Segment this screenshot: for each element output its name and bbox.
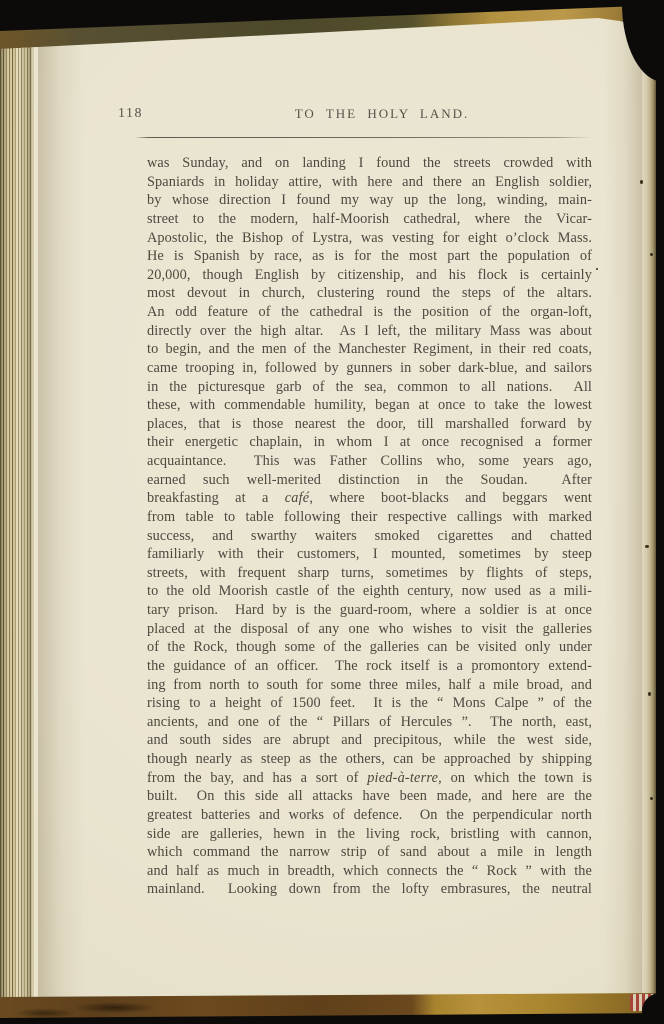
- book-page: 118 TO THE HOLY LAND. was Sunday, and on…: [0, 0, 656, 1002]
- body-line: came trooping in, followed by gunners in…: [147, 359, 592, 378]
- body-line: directly over the high altar. As I left,…: [147, 322, 592, 341]
- gutter-shadow: [38, 0, 84, 1002]
- body-line: places, that is those nearest the door, …: [147, 415, 592, 434]
- body-line: greatest batteries and works of defence.…: [147, 806, 592, 825]
- body-line: from table to table following their resp…: [147, 508, 592, 527]
- body-line: to the old Moorish castle of the eighth …: [147, 582, 592, 601]
- body-line: Apostolic, the Bishop of Lystra, was ves…: [147, 229, 592, 248]
- body-line: these, with commendable humility, began …: [147, 396, 592, 415]
- body-line: by whose direction I found my way up the…: [147, 191, 592, 210]
- body-line: from the bay, and has a sort of pied-à-t…: [147, 769, 592, 788]
- body-line: the guidance of an officer. The rock its…: [147, 657, 592, 676]
- book-photo-backdrop: 118 TO THE HOLY LAND. was Sunday, and on…: [0, 0, 664, 1024]
- page-header: 118 TO THE HOLY LAND.: [118, 104, 592, 124]
- body-line: and south sides are abrupt and precipito…: [147, 731, 592, 750]
- page-content: 118 TO THE HOLY LAND. was Sunday, and on…: [118, 104, 592, 899]
- scan-speck: [650, 253, 653, 256]
- body-line: earned such well-merited distinction in …: [147, 471, 592, 490]
- header-rule: [135, 137, 592, 138]
- body-line: to begin, and the men of the Manchester …: [147, 340, 592, 359]
- body-line: rising to a height of 1500 feet. It is t…: [147, 694, 592, 713]
- body-line: placed at the disposal of any one who wi…: [147, 620, 592, 639]
- body-line: mainland. Looking down from the lofty em…: [147, 880, 592, 899]
- page-fore-edges-left: [0, 0, 38, 1002]
- scan-speck: [596, 268, 598, 270]
- body-line: breakfasting at a café, where boot-black…: [147, 489, 592, 508]
- body-line: An odd feature of the cathedral is the p…: [147, 303, 592, 322]
- body-line: which command the narrow strip of sand a…: [147, 843, 592, 862]
- body-line: ing from north to south for some three m…: [147, 676, 592, 695]
- body-line: 20,000, though English by citizenship, a…: [147, 266, 592, 285]
- body-line: He is Spanish by race, as is for the mos…: [147, 247, 592, 266]
- scan-speck: [640, 180, 643, 184]
- scan-speck: [645, 545, 649, 548]
- body-line: their energetic chaplain, in whom I at o…: [147, 433, 592, 452]
- body-line: familiarly with their customers, I mount…: [147, 545, 592, 564]
- body-line: streets, with frequent sharp turns, some…: [147, 564, 592, 583]
- body-line: of the Rock, though some of the gallerie…: [147, 638, 592, 657]
- body-line: tary prison. Hard by is the guard-room, …: [147, 601, 592, 620]
- body-line: though nearly as steep as the others, ca…: [147, 750, 592, 769]
- body-line: was Sunday, and on landing I found the s…: [147, 154, 592, 173]
- running-title: TO THE HOLY LAND.: [145, 104, 619, 124]
- page-fore-edges-right: [642, 20, 656, 1002]
- body-text: was Sunday, and on landing I found the s…: [147, 154, 592, 899]
- body-line: acquaintance. This was Father Collins wh…: [147, 452, 592, 471]
- body-line: street to the modern, half-Moorish cathe…: [147, 210, 592, 229]
- body-line: and half as much in breadth, which conne…: [147, 862, 592, 881]
- body-line: Spaniards in holiday attire, with here a…: [147, 173, 592, 192]
- folio-number: 118: [118, 104, 143, 124]
- body-line: most devout in church, clustering round …: [147, 284, 592, 303]
- body-line: side are galleries, hewn in the living r…: [147, 825, 592, 844]
- body-line: in the picturesque garb of the sea, comm…: [147, 378, 592, 397]
- scan-speck: [650, 797, 653, 800]
- body-line: success, and swarthy waiters smoked ciga…: [147, 527, 592, 546]
- body-line: ancients, and one of the “ Pillars of He…: [147, 713, 592, 732]
- body-line: built. On this side all attacks have bee…: [147, 787, 592, 806]
- scan-speck: [648, 692, 651, 696]
- page-curve-shadow: [604, 0, 642, 1002]
